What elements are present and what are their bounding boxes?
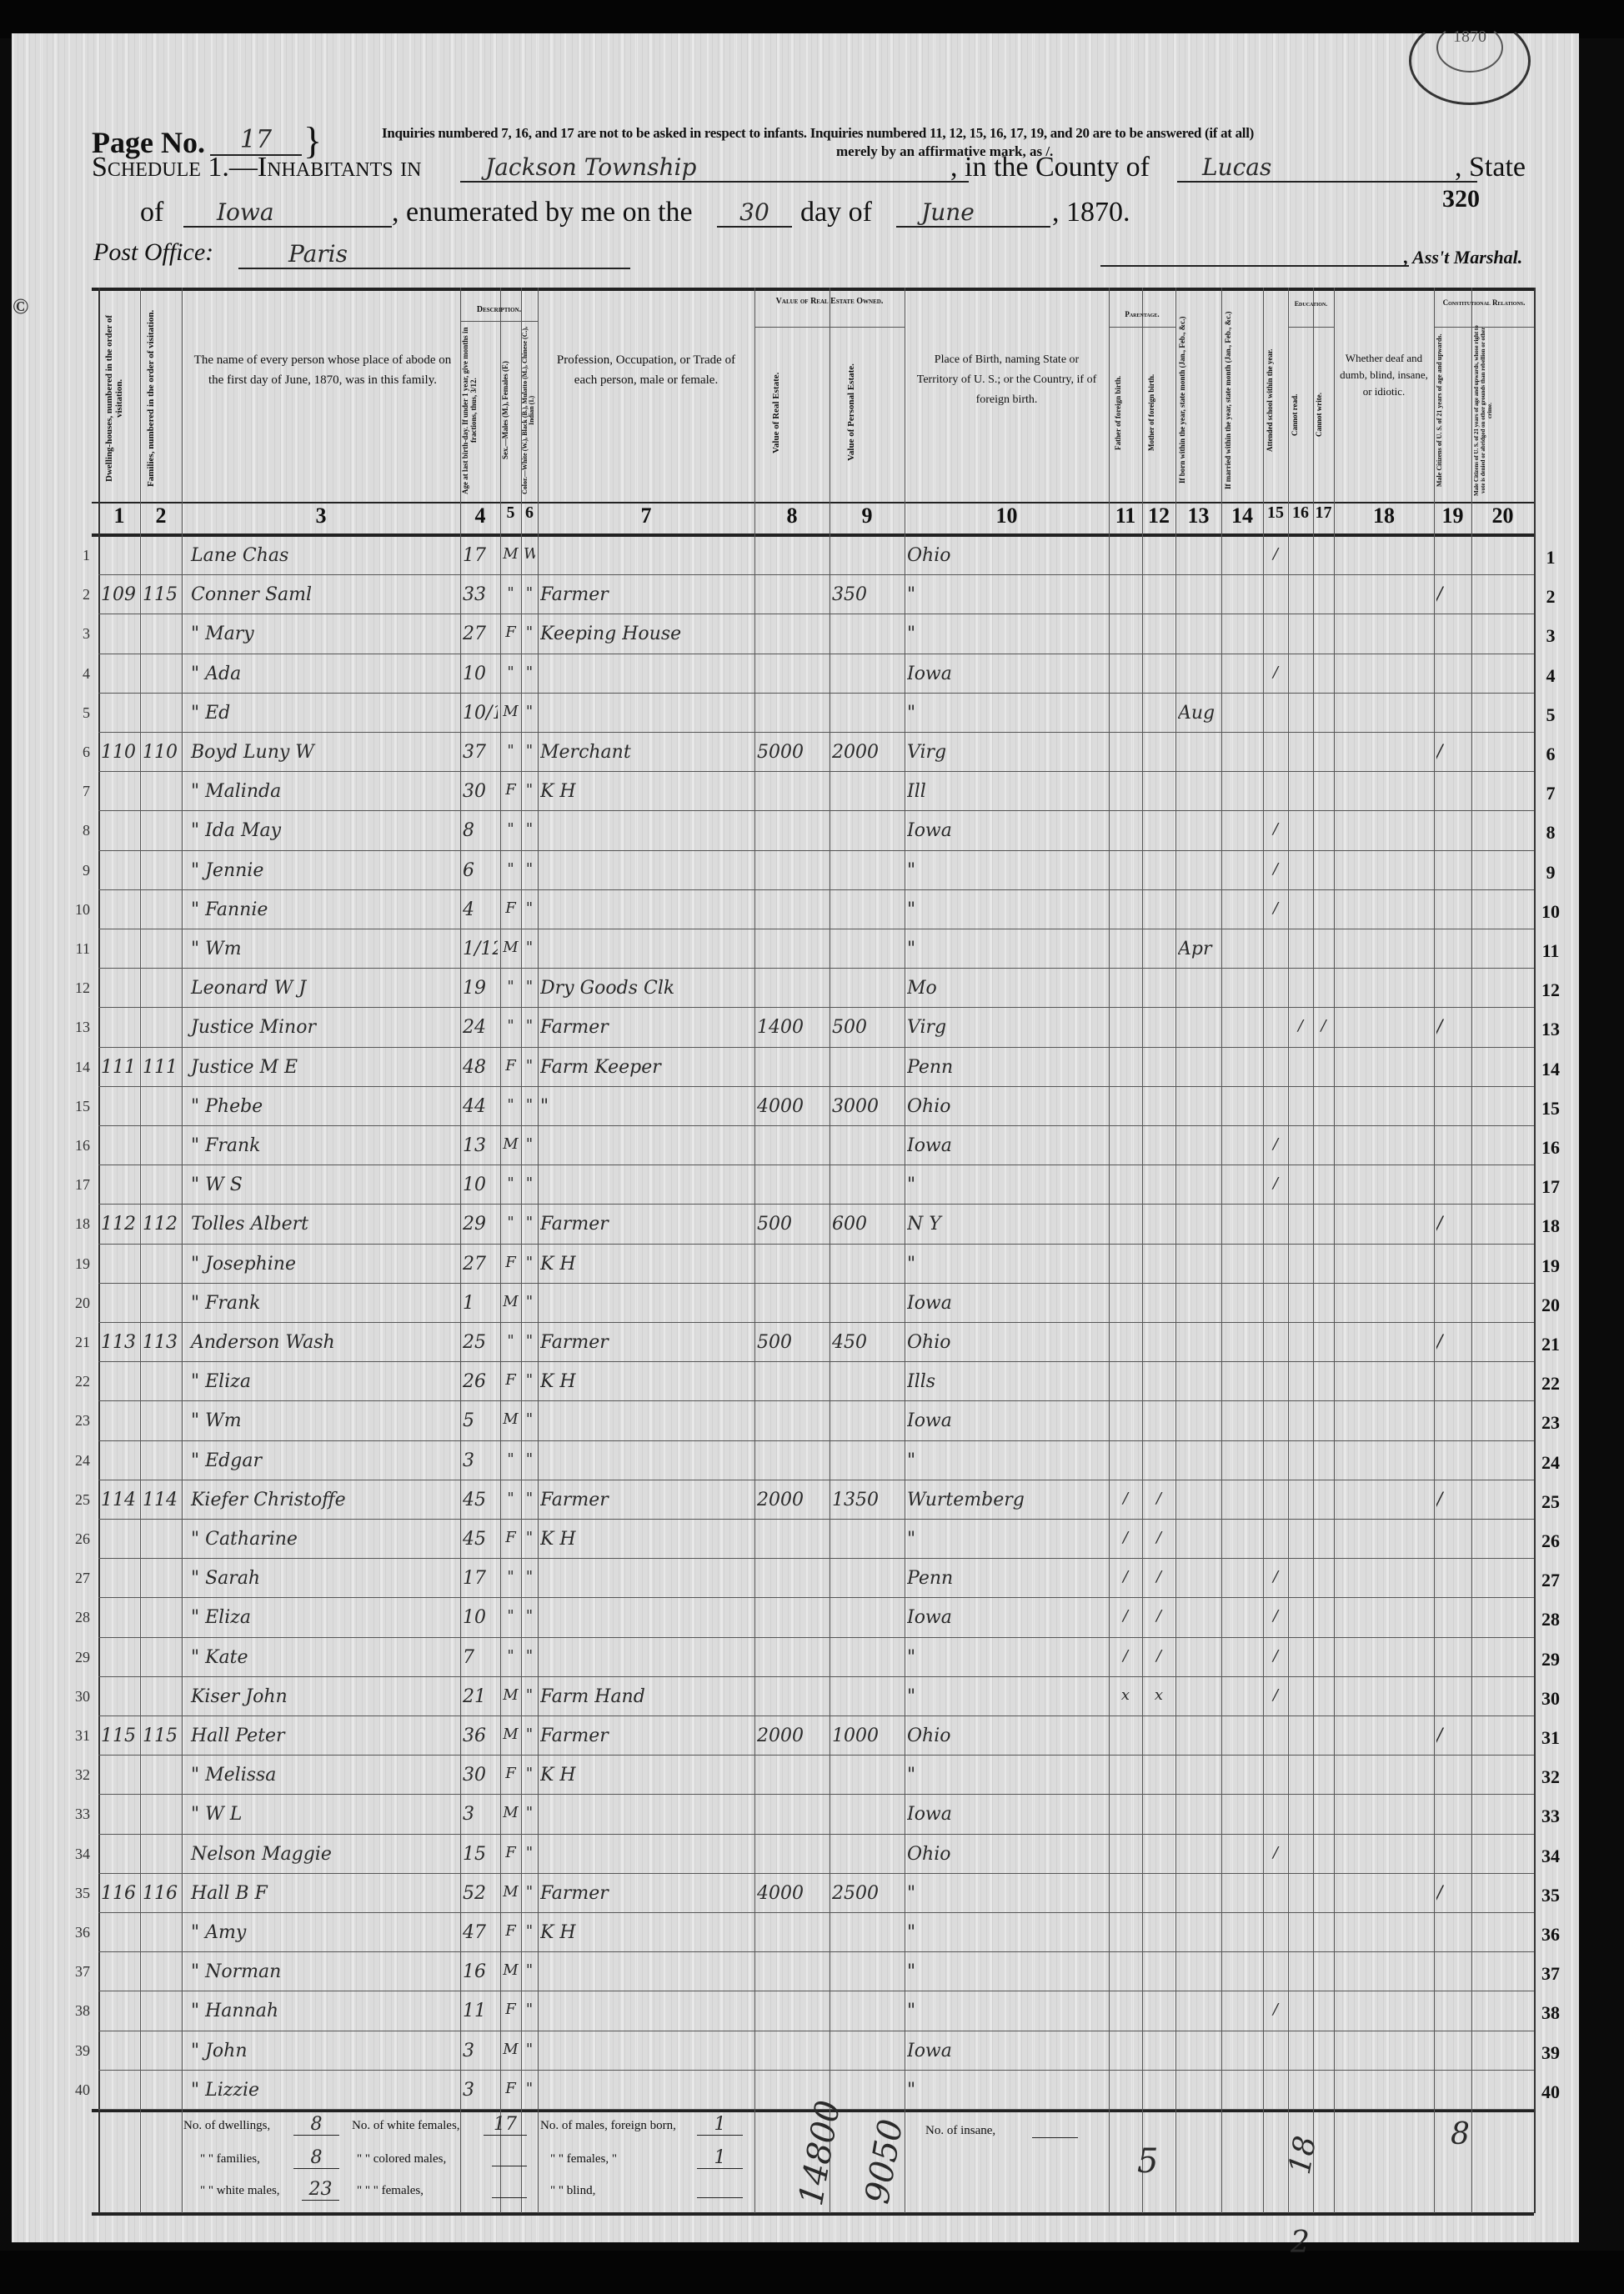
cell-age: 36 xyxy=(463,1726,498,1746)
cell-name: Kiser John xyxy=(184,1686,464,1707)
line-number: 8 xyxy=(1534,822,1567,844)
year-label: , 1870. xyxy=(1052,197,1130,228)
col8-header: Value of Real Estate. xyxy=(771,329,813,496)
cell-c19: / xyxy=(1436,1332,1469,1353)
cell-color: " xyxy=(524,1607,535,1625)
cell-birth: " xyxy=(907,939,1106,959)
families-value: 8 xyxy=(293,2147,339,2169)
column-divider xyxy=(1313,288,1314,2213)
cell-c15: / xyxy=(1266,2001,1286,2018)
cell-sex: F xyxy=(503,1371,519,1389)
foreign-males-label: No. of males, foreign born, xyxy=(540,2119,676,2133)
state-label: , State xyxy=(1455,152,1526,183)
cell-sex: F xyxy=(503,899,519,917)
cell-name: " Malinda xyxy=(184,781,464,802)
line-number: 30 xyxy=(1534,1688,1567,1710)
education-group-header: Education. xyxy=(1288,300,1334,308)
cell-color: " xyxy=(524,1922,535,1940)
left-line-number: 32 xyxy=(57,1766,90,1784)
cell-name: Justice M E xyxy=(184,1057,464,1078)
column-divider xyxy=(1434,288,1435,2213)
cell-name: Hall B F xyxy=(184,1883,464,1904)
column-number: 16 xyxy=(1288,503,1313,523)
cell-name: " Ada xyxy=(184,664,464,684)
cell-age: 26 xyxy=(463,1371,498,1392)
cell-age: 45 xyxy=(463,1529,498,1550)
state-of-label: of xyxy=(140,197,163,228)
cell-birth: Ill xyxy=(907,781,1106,802)
cell-age: 52 xyxy=(463,1883,498,1904)
cell-age: 16 xyxy=(463,1961,498,1982)
cell-occ: K H xyxy=(540,1765,752,1786)
cell-age: 8 xyxy=(463,820,498,841)
cell-color: " xyxy=(524,1726,535,1743)
cell-birth: " xyxy=(907,2001,1106,2021)
row-rule xyxy=(98,929,1534,929)
cell-fam: 115 xyxy=(143,584,179,605)
row-rule xyxy=(98,1361,1534,1362)
cell-sex: " xyxy=(503,1096,519,1114)
row-rule xyxy=(98,1991,1534,1991)
left-line-number: 34 xyxy=(57,1846,90,1863)
cell-birth: " xyxy=(907,899,1106,920)
archive-stamp: 1870 xyxy=(1409,17,1531,105)
cell-sex: " xyxy=(503,1017,519,1034)
col20-header: Male Citizens of U. S. of 21 years of ag… xyxy=(1473,325,1532,496)
cell-c17: / xyxy=(1316,1017,1331,1034)
parentage-group-header: Parentage. xyxy=(1109,304,1175,324)
cell-birth: Iowa xyxy=(907,664,1106,684)
col4-header: Age at last birth-day. If under 1 year, … xyxy=(461,325,499,496)
cell-birth: Iowa xyxy=(907,1410,1106,1431)
line-number: 21 xyxy=(1534,1334,1567,1355)
left-line-number: 38 xyxy=(57,2002,90,2020)
cell-fam: 110 xyxy=(143,742,179,763)
left-line-number: 17 xyxy=(57,1176,90,1194)
cell-sex: F xyxy=(503,1922,519,1940)
row-rule xyxy=(98,850,1534,851)
cell-color: " xyxy=(524,899,535,917)
line-number: 1 xyxy=(1534,547,1567,568)
cell-occ: Farmer xyxy=(540,1490,752,1510)
cell-name: Lane Chas xyxy=(184,545,464,566)
cell-birth: Penn xyxy=(907,1568,1106,1589)
group-header-rule xyxy=(1288,327,1334,328)
cell-age: 19 xyxy=(463,978,498,999)
column-number: 4 xyxy=(460,503,500,528)
county-value: Lucas xyxy=(1177,153,1477,183)
real-estate-group-header: Value of Real Estate Owned. xyxy=(754,296,905,307)
left-line-number: 25 xyxy=(57,1491,90,1509)
cell-pe: 1000 xyxy=(832,1726,902,1746)
left-line-number: 8 xyxy=(57,822,90,839)
cell-occ: Farmer xyxy=(540,1332,752,1353)
cell-color: " xyxy=(524,978,535,995)
cell-sex: M xyxy=(503,703,519,720)
col12-header: Mother of foreign birth. xyxy=(1146,329,1171,496)
line-number: 39 xyxy=(1534,2042,1567,2064)
left-line-number: 35 xyxy=(57,1885,90,1902)
cell-c15: / xyxy=(1266,1175,1286,1192)
left-line-number: 11 xyxy=(57,940,90,958)
col15-header: Attended school within the year. xyxy=(1265,304,1286,496)
cell-c11: / xyxy=(1111,1490,1140,1507)
cell-birth: " xyxy=(907,1961,1106,1982)
line-number: 25 xyxy=(1534,1491,1567,1513)
cell-color: W xyxy=(524,545,535,563)
line-number: 33 xyxy=(1534,1806,1567,1827)
total-col11: 5 xyxy=(1137,2142,1158,2181)
cell-sex: " xyxy=(503,1568,519,1585)
col5-header: Sex.—Males (M.), Females (F.) xyxy=(501,325,520,496)
cell-c13: Aug xyxy=(1178,703,1219,724)
cell-birth: Ohio xyxy=(907,545,1106,566)
row-rule xyxy=(98,968,1534,969)
left-line-number: 28 xyxy=(57,1609,90,1626)
left-line-number: 13 xyxy=(57,1019,90,1036)
cell-age: 6 xyxy=(463,860,498,881)
left-line-number: 6 xyxy=(57,744,90,761)
line-number: 10 xyxy=(1534,901,1567,923)
cell-dw: 109 xyxy=(101,584,138,605)
cell-age: 7 xyxy=(463,1647,498,1668)
left-line-number: 30 xyxy=(57,1688,90,1705)
cell-c16: / xyxy=(1291,1017,1311,1034)
cell-c19: / xyxy=(1436,584,1469,605)
cell-occ: K H xyxy=(540,1254,752,1275)
line-number: 5 xyxy=(1534,704,1567,726)
line-number: 27 xyxy=(1534,1570,1567,1591)
col1-header: Dwelling-houses, numbered in the order o… xyxy=(104,300,138,496)
cell-pe: 350 xyxy=(832,584,902,605)
white-females-label: No. of white females, xyxy=(352,2119,460,2133)
row-rule xyxy=(98,1283,1534,1284)
column-divider xyxy=(1221,288,1222,2213)
cell-dw: 110 xyxy=(101,742,138,763)
cell-pe: 2000 xyxy=(832,742,902,763)
margin-binding-mark: © xyxy=(13,294,28,319)
cell-birth: " xyxy=(907,703,1106,724)
cell-color: " xyxy=(524,1057,535,1074)
line-number: 36 xyxy=(1534,1924,1567,1946)
cell-fam: 112 xyxy=(143,1214,179,1235)
column-number: 5 xyxy=(500,503,521,523)
cell-birth: " xyxy=(907,1686,1106,1707)
column-divider xyxy=(521,288,522,2213)
cell-birth: " xyxy=(907,1647,1106,1668)
line-number: 14 xyxy=(1534,1059,1567,1080)
cell-color: " xyxy=(524,2080,535,2097)
cell-age: 24 xyxy=(463,1017,498,1038)
cell-birth: Iowa xyxy=(907,2041,1106,2061)
cell-age: 33 xyxy=(463,584,498,605)
cell-c15: / xyxy=(1266,1647,1286,1665)
column-number: 8 xyxy=(754,503,830,528)
cell-birth: " xyxy=(907,1765,1106,1786)
cell-c11: x xyxy=(1111,1686,1140,1704)
cell-name: " Wm xyxy=(184,939,464,959)
column-number: 15 xyxy=(1263,503,1288,523)
cell-c11: / xyxy=(1111,1647,1140,1665)
cell-sex: M xyxy=(503,2041,519,2058)
cell-name: " W L xyxy=(184,1804,464,1825)
column-divider xyxy=(538,288,539,2213)
left-line-number: 20 xyxy=(57,1295,90,1312)
cell-color: " xyxy=(524,1804,535,1821)
cell-sex: F xyxy=(503,624,519,641)
column-divider xyxy=(182,288,183,2213)
cell-birth: N Y xyxy=(907,1214,1106,1235)
cell-name: " Melissa xyxy=(184,1765,464,1786)
column-number: 10 xyxy=(905,503,1109,528)
line-number: 12 xyxy=(1534,979,1567,1001)
cell-birth: Wurtemberg xyxy=(907,1490,1106,1510)
cell-sex: " xyxy=(503,1490,519,1507)
cell-age: 3 xyxy=(463,1450,498,1471)
number-row-rule xyxy=(92,533,1534,537)
cell-name: " John xyxy=(184,2041,464,2061)
cell-color: " xyxy=(524,2001,535,2018)
line-number: 20 xyxy=(1534,1295,1567,1316)
row-rule xyxy=(98,1755,1534,1756)
cell-color: " xyxy=(524,1450,535,1468)
cell-age: 21 xyxy=(463,1686,498,1707)
column-number: 14 xyxy=(1221,503,1263,528)
row-rule xyxy=(98,1597,1534,1598)
cell-name: Hall Peter xyxy=(184,1726,464,1746)
cell-c15: / xyxy=(1266,1568,1286,1585)
cell-age: 27 xyxy=(463,624,498,644)
cell-sex: " xyxy=(503,1647,519,1665)
col13-header: If born within the year, state month (Ja… xyxy=(1178,304,1220,496)
cell-age: 10 xyxy=(463,1607,498,1628)
cell-re: 2000 xyxy=(757,1490,827,1510)
page-stamp-number: 320 xyxy=(1442,185,1480,213)
cell-name: " Eliza xyxy=(184,1371,464,1392)
cell-pe: 500 xyxy=(832,1017,902,1038)
cell-color: " xyxy=(524,1293,535,1310)
cell-age: 13 xyxy=(463,1135,498,1156)
colored-males-value xyxy=(492,2147,527,2166)
row-rule xyxy=(98,1519,1534,1520)
line-number: 9 xyxy=(1534,862,1567,884)
cell-re: 500 xyxy=(757,1332,827,1353)
colored-females-label: " " " females, xyxy=(357,2184,424,2198)
cell-dw: 113 xyxy=(101,1332,138,1353)
cell-sex: F xyxy=(503,1844,519,1861)
line-number: 7 xyxy=(1534,783,1567,804)
insane-value xyxy=(1032,2124,1078,2138)
cell-sex: F xyxy=(503,1057,519,1074)
left-line-number: 22 xyxy=(57,1373,90,1390)
column-number: 17 xyxy=(1313,503,1334,523)
cell-sex: M xyxy=(503,1804,519,1821)
cell-fam: 114 xyxy=(143,1490,179,1510)
cell-occ: Farmer xyxy=(540,584,752,605)
cell-c11: / xyxy=(1111,1568,1140,1585)
left-line-number: 9 xyxy=(57,862,90,879)
column-divider xyxy=(140,288,141,2213)
column-divider xyxy=(905,288,905,2213)
cell-re: 4000 xyxy=(757,1096,827,1117)
cell-birth: " xyxy=(907,1175,1106,1195)
cell-color: " xyxy=(524,1175,535,1192)
cell-name: " Fannie xyxy=(184,899,464,920)
cell-name: " Catharine xyxy=(184,1529,464,1550)
left-line-number: 40 xyxy=(57,2081,90,2099)
column-number: 3 xyxy=(182,503,460,528)
line-number: 35 xyxy=(1534,1885,1567,1906)
line-number: 22 xyxy=(1534,1373,1567,1395)
cell-name: Boyd Luny W xyxy=(184,742,464,763)
cell-color: " xyxy=(524,1410,535,1428)
row-rule xyxy=(98,1047,1534,1048)
cell-occ: K H xyxy=(540,781,752,802)
cell-age: 1/12 xyxy=(463,939,498,959)
cell-occ: Farmer xyxy=(540,1883,752,1904)
cell-dw: 112 xyxy=(101,1214,138,1235)
col16-header: Cannot read. xyxy=(1290,333,1311,496)
row-rule xyxy=(98,1912,1534,1913)
marshal-label: , Ass't Marshal. xyxy=(1404,247,1522,268)
cell-birth: Iowa xyxy=(907,1293,1106,1314)
cell-fam: 111 xyxy=(143,1057,179,1078)
cell-occ: Dry Goods Clk xyxy=(540,978,752,999)
line-number: 11 xyxy=(1534,940,1567,962)
total-col15: 18 xyxy=(1283,2133,1323,2176)
row-rule xyxy=(98,1165,1534,1165)
cell-birth: Ohio xyxy=(907,1096,1106,1117)
cell-sex: " xyxy=(503,1175,519,1192)
cell-dw: 111 xyxy=(101,1057,138,1078)
column-number: 1 xyxy=(98,503,140,528)
cell-birth: Penn xyxy=(907,1057,1106,1078)
dwellings-value: 8 xyxy=(293,2114,339,2136)
cell-name: " Hannah xyxy=(184,2001,464,2021)
cell-birth: Virg xyxy=(907,1017,1106,1038)
cell-name: " Eliza xyxy=(184,1607,464,1628)
cell-color: " xyxy=(524,1647,535,1665)
column-number: 11 xyxy=(1109,503,1142,528)
cell-birth: " xyxy=(907,624,1106,644)
line-number: 18 xyxy=(1534,1215,1567,1237)
cell-color: " xyxy=(524,664,535,681)
cell-re: 2000 xyxy=(757,1726,827,1746)
column-number: 18 xyxy=(1334,503,1434,528)
left-line-number: 15 xyxy=(57,1098,90,1115)
cell-name: " Mary xyxy=(184,624,464,644)
line-number: 2 xyxy=(1534,586,1567,608)
colored-males-label: " " colored males, xyxy=(357,2152,446,2166)
cell-fam: 115 xyxy=(143,1726,179,1746)
cell-name: " Lizzie xyxy=(184,2080,464,2101)
cell-dw: 115 xyxy=(101,1726,138,1746)
cell-name: Anderson Wash xyxy=(184,1332,464,1353)
cell-c12: / xyxy=(1145,1568,1173,1585)
line-number: 40 xyxy=(1534,2081,1567,2103)
cell-name: Kiefer Christoffe xyxy=(184,1490,464,1510)
insane-label: No. of insane, xyxy=(925,2124,995,2138)
cell-name: " Kate xyxy=(184,1647,464,1668)
cell-age: 10 xyxy=(463,664,498,684)
line-number: 6 xyxy=(1534,744,1567,765)
left-line-number: 33 xyxy=(57,1806,90,1823)
cell-sex: " xyxy=(503,584,519,602)
line-number: 37 xyxy=(1534,1963,1567,1985)
post-office-label: Post Office: xyxy=(93,238,213,267)
cell-name: " Ed xyxy=(184,703,464,724)
cell-re: 4000 xyxy=(757,1883,827,1904)
row-rule xyxy=(98,1558,1534,1559)
cell-age: 3 xyxy=(463,2080,498,2101)
cell-color: " xyxy=(524,860,535,878)
cell-c19: / xyxy=(1436,1883,1469,1904)
white-females-value: 17 xyxy=(484,2114,527,2136)
cell-re: 500 xyxy=(757,1214,827,1235)
cell-name: Conner Saml xyxy=(184,584,464,605)
cell-c15: / xyxy=(1266,860,1286,878)
cell-name: " Edgar xyxy=(184,1450,464,1471)
cell-name: " Amy xyxy=(184,1922,464,1943)
left-line-number: 21 xyxy=(57,1334,90,1351)
cell-color: " xyxy=(524,1214,535,1231)
cell-sex: F xyxy=(503,1529,519,1546)
cell-birth: Iowa xyxy=(907,1607,1106,1628)
cell-occ: Merchant xyxy=(540,742,752,763)
township-value: Jackson Township xyxy=(460,153,969,183)
cell-c12: / xyxy=(1145,1647,1173,1665)
cell-c15: / xyxy=(1266,1135,1286,1153)
cell-color: " xyxy=(524,1765,535,1782)
cell-age: 10 xyxy=(463,1175,498,1195)
cell-color: " xyxy=(524,1883,535,1901)
foreign-females-label: " " females, " xyxy=(550,2152,617,2166)
row-rule xyxy=(98,1204,1534,1205)
description-group-header: Description. xyxy=(460,300,538,320)
month-value: June xyxy=(896,198,1050,228)
line-number: 19 xyxy=(1534,1255,1567,1277)
line-number: 34 xyxy=(1534,1846,1567,1867)
cell-name: " Frank xyxy=(184,1135,464,1156)
row-rule xyxy=(98,1873,1534,1874)
left-line-number: 26 xyxy=(57,1530,90,1548)
cell-name: " Phebe xyxy=(184,1096,464,1117)
left-line-number: 4 xyxy=(57,665,90,683)
col7-header: Profession, Occupation, or Trade of each… xyxy=(550,350,742,390)
cell-pe: 2500 xyxy=(832,1883,902,1904)
row-rule xyxy=(98,574,1534,575)
cell-sex: M xyxy=(503,939,519,956)
row-rule xyxy=(98,2070,1534,2071)
colored-females-value xyxy=(492,2179,527,2198)
cell-c12: / xyxy=(1145,1607,1173,1625)
cell-color: " xyxy=(524,584,535,602)
cell-name: Tolles Albert xyxy=(184,1214,464,1235)
cell-c11: / xyxy=(1111,1607,1140,1625)
row-rule xyxy=(98,1715,1534,1716)
cell-occ: K H xyxy=(540,1922,752,1943)
state-value: Iowa xyxy=(183,198,392,228)
row-rule xyxy=(98,614,1534,614)
cell-pe: 3000 xyxy=(832,1096,902,1117)
cell-c15: / xyxy=(1266,1686,1286,1704)
cell-age: 17 xyxy=(463,1568,498,1589)
post-office-value: Paris xyxy=(238,240,630,269)
column-divider xyxy=(98,288,100,2213)
cell-age: 30 xyxy=(463,781,498,802)
cell-age: 1 xyxy=(463,1293,498,1314)
cell-c11: / xyxy=(1111,1529,1140,1546)
